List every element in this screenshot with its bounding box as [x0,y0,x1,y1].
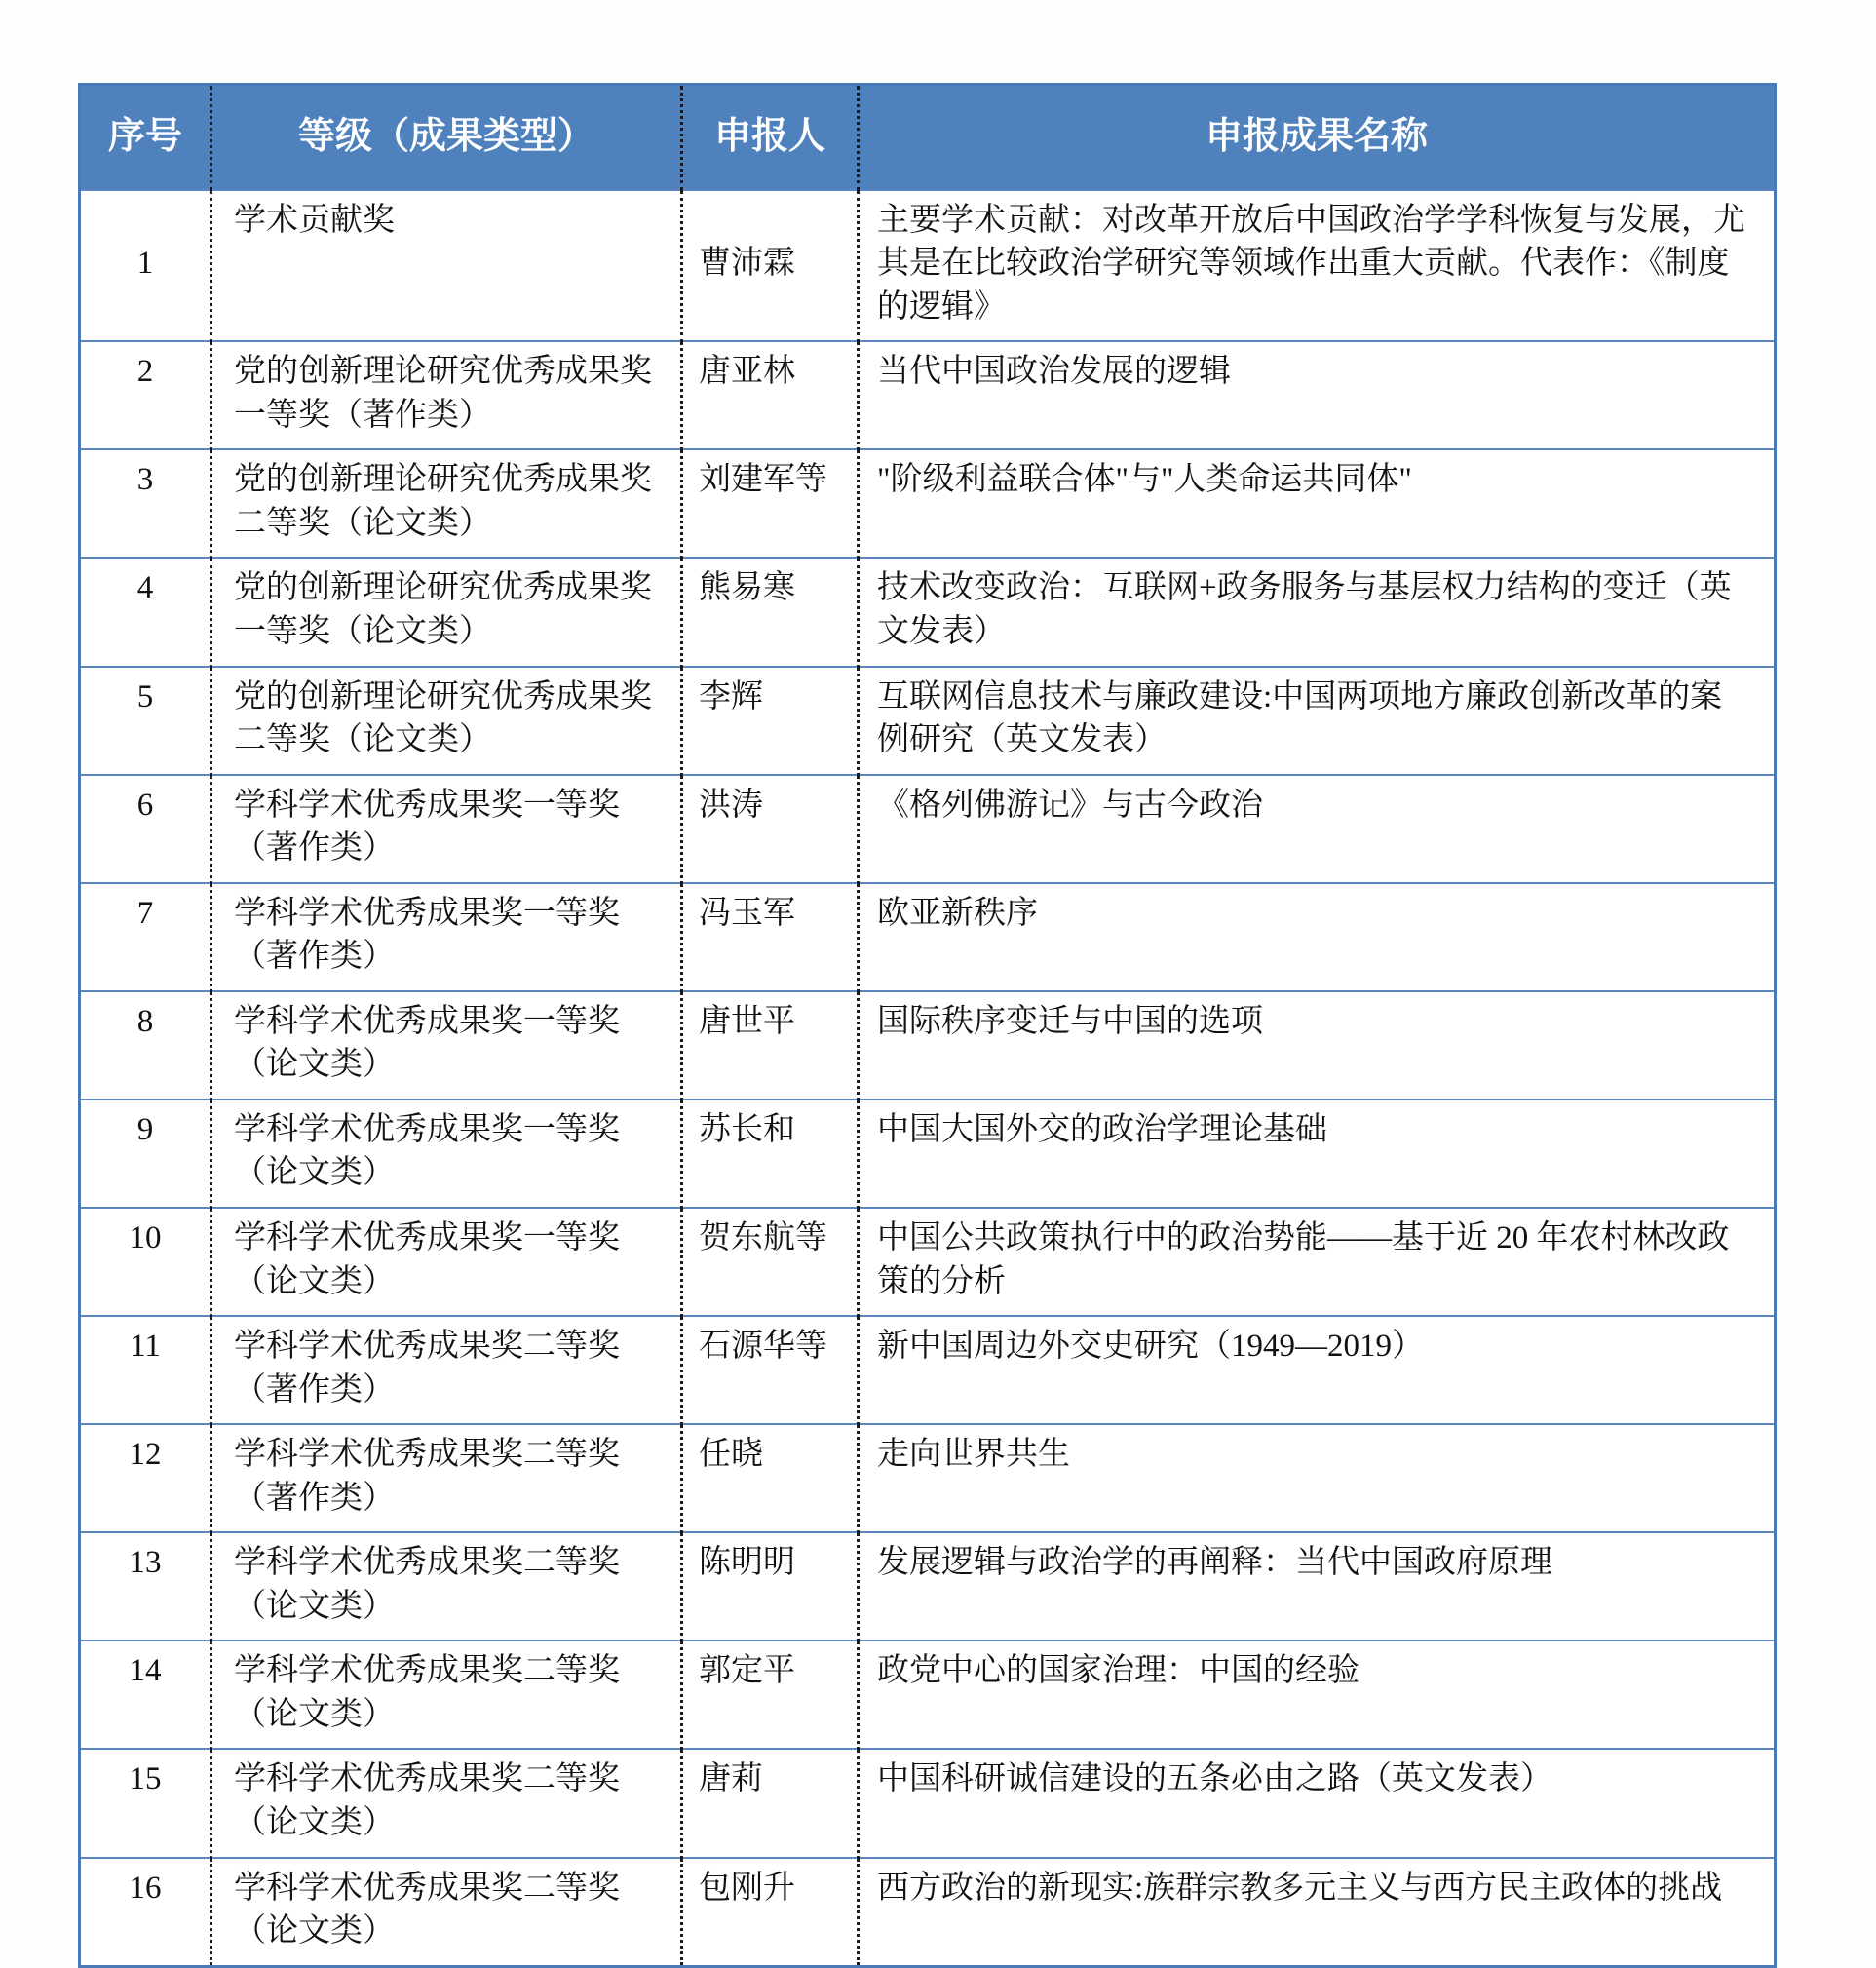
cell-applicant: 石源华等 [682,1316,859,1424]
cell-level: 学科学术优秀成果奖二等奖（论文类） [211,1858,682,1967]
column-header-index: 序号 [80,85,211,190]
cell-level: 党的创新理论研究优秀成果奖一等奖（著作类） [211,341,682,449]
cell-index: 4 [80,558,211,666]
cell-level: 学科学术优秀成果奖二等奖（著作类） [211,1316,682,1424]
table-row: 12学科学术优秀成果奖二等奖（著作类）任晓走向世界共生 [80,1424,1776,1532]
table-row: 14学科学术优秀成果奖二等奖（论文类）郭定平政党中心的国家治理：中国的经验 [80,1640,1776,1749]
cell-achievement: 新中国周边外交史研究（1949—2019） [859,1316,1776,1424]
cell-level: 学科学术优秀成果奖一等奖（论文类） [211,1100,682,1208]
cell-index: 6 [80,775,211,883]
cell-achievement: 主要学术贡献：对改革开放后中国政治学学科恢复与发展，尤其是在比较政治学研究等领域… [859,190,1776,342]
table-row: 8学科学术优秀成果奖一等奖（论文类）唐世平国际秩序变迁与中国的选项 [80,991,1776,1100]
cell-index: 14 [80,1640,211,1749]
column-header-applicant: 申报人 [682,85,859,190]
table-row: 10学科学术优秀成果奖一等奖（论文类）贺东航等中国公共政策执行中的政治势能——基… [80,1208,1776,1316]
cell-index: 5 [80,667,211,775]
table-row: 13学科学术优秀成果奖二等奖（论文类）陈明明发展逻辑与政治学的再阐释：当代中国政… [80,1532,1776,1640]
cell-level: 学术贡献奖 [211,190,682,342]
table-row: 6学科学术优秀成果奖一等奖（著作类）洪涛《格列佛游记》与古今政治 [80,775,1776,883]
cell-achievement: 西方政治的新现实:族群宗教多元主义与西方民主政体的挑战 [859,1858,1776,1967]
column-header-level: 等级（成果类型） [211,85,682,190]
table-row: 3党的创新理论研究优秀成果奖二等奖（论文类）刘建军等"阶级利益联合体"与"人类命… [80,449,1776,558]
cell-index: 8 [80,991,211,1100]
cell-level: 学科学术优秀成果奖一等奖（论文类） [211,1208,682,1316]
cell-achievement: 发展逻辑与政治学的再阐释：当代中国政府原理 [859,1532,1776,1640]
cell-achievement: 技术改变政治：互联网+政务服务与基层权力结构的变迁（英文发表） [859,558,1776,666]
document-page: 序号 等级（成果类型） 申报人 申报成果名称 1学术贡献奖曹沛霖主要学术贡献：对… [0,0,1876,1968]
table-row: 7学科学术优秀成果奖一等奖（著作类）冯玉军欧亚新秩序 [80,883,1776,991]
cell-achievement: 《格列佛游记》与古今政治 [859,775,1776,883]
column-header-achievement: 申报成果名称 [859,85,1776,190]
table-row: 2党的创新理论研究优秀成果奖一等奖（著作类）唐亚林当代中国政治发展的逻辑 [80,341,1776,449]
cell-level: 学科学术优秀成果奖一等奖（论文类） [211,991,682,1100]
cell-applicant: 洪涛 [682,775,859,883]
cell-applicant: 李辉 [682,667,859,775]
cell-applicant: 唐世平 [682,991,859,1100]
cell-applicant: 熊易寒 [682,558,859,666]
table-row: 9学科学术优秀成果奖一等奖（论文类）苏长和中国大国外交的政治学理论基础 [80,1100,1776,1208]
cell-index: 15 [80,1749,211,1857]
cell-level: 学科学术优秀成果奖一等奖（著作类） [211,883,682,991]
cell-index: 11 [80,1316,211,1424]
cell-applicant: 苏长和 [682,1100,859,1208]
cell-achievement: 欧亚新秩序 [859,883,1776,991]
cell-achievement: 国际秩序变迁与中国的选项 [859,991,1776,1100]
cell-level: 学科学术优秀成果奖二等奖（论文类） [211,1640,682,1749]
cell-applicant: 陈明明 [682,1532,859,1640]
cell-level: 学科学术优秀成果奖二等奖（论文类） [211,1749,682,1857]
table-row: 16学科学术优秀成果奖二等奖（论文类）包刚升西方政治的新现实:族群宗教多元主义与… [80,1858,1776,1967]
cell-index: 2 [80,341,211,449]
cell-level: 学科学术优秀成果奖二等奖（著作类） [211,1424,682,1532]
cell-applicant: 贺东航等 [682,1208,859,1316]
table-row: 1学术贡献奖曹沛霖主要学术贡献：对改革开放后中国政治学学科恢复与发展，尤其是在比… [80,190,1776,342]
cell-index: 7 [80,883,211,991]
cell-achievement: 中国大国外交的政治学理论基础 [859,1100,1776,1208]
cell-level: 党的创新理论研究优秀成果奖一等奖（论文类） [211,558,682,666]
cell-applicant: 唐莉 [682,1749,859,1857]
cell-achievement: 政党中心的国家治理：中国的经验 [859,1640,1776,1749]
cell-applicant: 曹沛霖 [682,190,859,342]
cell-index: 1 [80,190,211,342]
cell-index: 16 [80,1858,211,1967]
cell-applicant: 冯玉军 [682,883,859,991]
cell-achievement: "阶级利益联合体"与"人类命运共同体" [859,449,1776,558]
cell-achievement: 中国公共政策执行中的政治势能——基于近 20 年农村林改政策的分析 [859,1208,1776,1316]
cell-achievement: 互联网信息技术与廉政建设:中国两项地方廉政创新改革的案例研究（英文发表） [859,667,1776,775]
cell-achievement: 当代中国政治发展的逻辑 [859,341,1776,449]
cell-level: 党的创新理论研究优秀成果奖二等奖（论文类） [211,449,682,558]
table-body: 1学术贡献奖曹沛霖主要学术贡献：对改革开放后中国政治学学科恢复与发展，尤其是在比… [80,190,1776,1967]
cell-applicant: 唐亚林 [682,341,859,449]
cell-applicant: 任晓 [682,1424,859,1532]
cell-applicant: 刘建军等 [682,449,859,558]
table-row: 15学科学术优秀成果奖二等奖（论文类）唐莉中国科研诚信建设的五条必由之路（英文发… [80,1749,1776,1857]
cell-level: 党的创新理论研究优秀成果奖二等奖（论文类） [211,667,682,775]
cell-index: 13 [80,1532,211,1640]
table-header-row: 序号 等级（成果类型） 申报人 申报成果名称 [80,85,1776,190]
cell-achievement: 中国科研诚信建设的五条必由之路（英文发表） [859,1749,1776,1857]
cell-index: 10 [80,1208,211,1316]
table-row: 4党的创新理论研究优秀成果奖一等奖（论文类）熊易寒技术改变政治：互联网+政务服务… [80,558,1776,666]
table-row: 11学科学术优秀成果奖二等奖（著作类）石源华等新中国周边外交史研究（1949—2… [80,1316,1776,1424]
cell-index: 12 [80,1424,211,1532]
cell-applicant: 包刚升 [682,1858,859,1967]
cell-index: 3 [80,449,211,558]
awards-table: 序号 等级（成果类型） 申报人 申报成果名称 1学术贡献奖曹沛霖主要学术贡献：对… [78,83,1777,1968]
cell-achievement: 走向世界共生 [859,1424,1776,1532]
table-row: 5党的创新理论研究优秀成果奖二等奖（论文类）李辉互联网信息技术与廉政建设:中国两… [80,667,1776,775]
cell-applicant: 郭定平 [682,1640,859,1749]
cell-index: 9 [80,1100,211,1208]
cell-level: 学科学术优秀成果奖一等奖（著作类） [211,775,682,883]
cell-level: 学科学术优秀成果奖二等奖（论文类） [211,1532,682,1640]
